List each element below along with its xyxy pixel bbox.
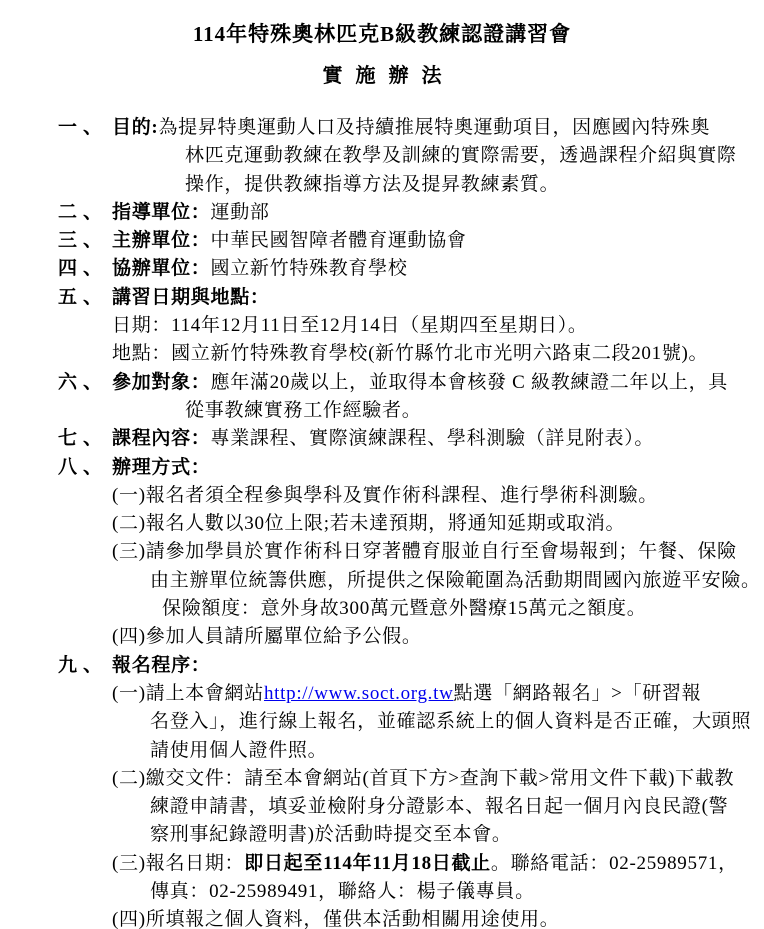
- document-lines: 一、目的:為提昇特奧運動人口及持續推展特奧運動項目，因應國內特殊奧林匹克運動教練…: [0, 114, 764, 929]
- text-segment: (二)繳交文件：請至本會網站(首頁下方>查詢下載>常用文件下載)下載教: [112, 768, 734, 789]
- text-segment: 國立新竹特殊教育學校: [211, 258, 408, 279]
- doc-line: (二)繳交文件：請至本會網站(首頁下方>查詢下載>常用文件下載)下載教: [0, 765, 764, 793]
- doc-line: 操作，提供教練指導方法及提昇教練素質。: [0, 171, 764, 199]
- text-segment: 主辦單位：: [112, 230, 211, 251]
- item-number: 五、: [58, 284, 108, 312]
- text-segment: 為提昇特奧運動人口及持續推展特奧運動項目，因應國內特殊奧: [158, 117, 710, 138]
- text-segment: 即日起至114年11月18日截止: [244, 853, 491, 874]
- item-number: 三、: [58, 227, 108, 255]
- website-link[interactable]: http://www.soct.org.tw: [264, 683, 454, 704]
- text-segment: 林匹克運動教練在教學及訓練的實際需要，透過課程介紹與實際: [185, 145, 737, 166]
- text-segment: 日期：114年12月11日至12月14日（星期四至星期日）。: [112, 315, 588, 336]
- text-segment: 參加對象：: [112, 372, 211, 393]
- doc-line: 由主辦單位統籌供應，所提供之保險範圍為活動期間國內旅遊平安險。: [0, 567, 764, 595]
- text-segment: 點選「網路報名」>「研習報: [454, 683, 702, 704]
- text-segment: 協辦單位：: [112, 258, 211, 279]
- doc-line: (一)請上本會網站http://www.soct.org.tw點選「網路報名」>…: [0, 680, 764, 708]
- item-number: 一、: [58, 114, 108, 142]
- doc-line: 請使用個人證件照。: [0, 737, 764, 765]
- text-segment: 保險額度：意外身故300萬元暨意外醫療15萬元之額度。: [162, 598, 646, 619]
- text-segment: 中華民國智障者體育運動協會: [211, 230, 467, 251]
- text-segment: 運動部: [211, 202, 270, 223]
- doc-line: (四)參加人員請所屬單位給予公假。: [0, 623, 764, 651]
- text-segment: 練證申請書，填妥並檢附身分證影本、報名日起一個月內良民證(警: [150, 796, 728, 817]
- document-page: 114年特殊奧林匹克B級教練認證講習會 實施辦法 一、目的:為提昇特奧運動人口及…: [0, 0, 764, 929]
- text-segment: 應年滿20歲以上，並取得本會核發 C 級教練證二年以上，具: [211, 372, 728, 393]
- document-title: 114年特殊奧林匹克B級教練認證講習會: [0, 0, 764, 48]
- item-number: 六、: [58, 369, 108, 397]
- doc-line: 保險額度：意外身故300萬元暨意外醫療15萬元之額度。: [0, 595, 764, 623]
- text-segment: 課程內容：: [112, 428, 211, 449]
- doc-line: (三)請參加學員於實作術科日穿著體育服並自行至會場報到；午餐、保險: [0, 538, 764, 566]
- doc-line: 一、目的:為提昇特奧運動人口及持續推展特奧運動項目，因應國內特殊奧: [0, 114, 764, 142]
- text-segment: (四)參加人員請所屬單位給予公假。: [112, 626, 422, 647]
- item-number: 七、: [58, 425, 108, 453]
- doc-line: 從事教練實務工作經驗者。: [0, 397, 764, 425]
- text-segment: 從事教練實務工作經驗者。: [185, 400, 421, 421]
- text-segment: (一)請上本會網站: [112, 683, 264, 704]
- text-segment: 專業課程、實際演練課程、學科測驗（詳見附表）。: [211, 428, 655, 449]
- doc-line: 二、指導單位：運動部: [0, 199, 764, 227]
- doc-line: 四、協辦單位：國立新竹特殊教育學校: [0, 255, 764, 283]
- text-segment: 。聯絡電話：02-25989571，: [491, 853, 738, 874]
- text-segment: 報名程序：: [112, 655, 211, 676]
- doc-line: 六、參加對象：應年滿20歲以上，並取得本會核發 C 級教練證二年以上，具: [0, 369, 764, 397]
- text-segment: 指導單位：: [112, 202, 211, 223]
- text-segment: 地點：國立新竹特殊教育學校(新竹縣竹北市光明六路東二段201號)。: [112, 343, 708, 364]
- text-segment: 辦理方式：: [112, 457, 211, 478]
- doc-line: 九、報名程序：: [0, 652, 764, 680]
- text-segment: 講習日期與地點：: [112, 287, 270, 308]
- doc-line: 五、講習日期與地點：: [0, 284, 764, 312]
- doc-line: (四)所填報之個人資料，僅供本活動相關用途使用。: [0, 906, 764, 929]
- text-segment: (一)報名者須全程參與學科及實作術科課程、進行學術科測驗。: [112, 485, 658, 506]
- text-segment: (二)報名人數以30位上限;若未達預期，將通知延期或取消。: [112, 513, 625, 534]
- document-subtitle: 實施辦法: [0, 59, 764, 88]
- doc-line: (二)報名人數以30位上限;若未達預期，將通知延期或取消。: [0, 510, 764, 538]
- doc-line: 七、課程內容：專業課程、實際演練課程、學科測驗（詳見附表）。: [0, 425, 764, 453]
- text-segment: 察刑事紀錄證明書)於活動時提交至本會。: [150, 824, 512, 845]
- doc-line: 林匹克運動教練在教學及訓練的實際需要，透過課程介紹與實際: [0, 142, 764, 170]
- text-segment: 目的:: [112, 117, 158, 138]
- text-segment: 操作，提供教練指導方法及提昇教練素質。: [185, 174, 559, 195]
- doc-line: 傳真：02-25989491，聯絡人：楊子儀專員。: [0, 878, 764, 906]
- doc-line: 練證申請書，填妥並檢附身分證影本、報名日起一個月內良民證(警: [0, 793, 764, 821]
- doc-line: 三、主辦單位：中華民國智障者體育運動協會: [0, 227, 764, 255]
- item-number: 二、: [58, 199, 108, 227]
- doc-line: 察刑事紀錄證明書)於活動時提交至本會。: [0, 821, 764, 849]
- item-number: 九、: [58, 652, 108, 680]
- doc-line: 八、辦理方式：: [0, 454, 764, 482]
- item-number: 八、: [58, 454, 108, 482]
- doc-line: (一)報名者須全程參與學科及實作術科課程、進行學術科測驗。: [0, 482, 764, 510]
- text-segment: 由主辦單位統籌供應，所提供之保險範圍為活動期間國內旅遊平安險。: [150, 570, 761, 591]
- text-segment: 請使用個人證件照。: [150, 740, 327, 761]
- doc-line: 地點：國立新竹特殊教育學校(新竹縣竹北市光明六路東二段201號)。: [0, 340, 764, 368]
- text-segment: 名登入」，進行線上報名，並確認系統上的個人資料是否正確，大頭照: [150, 711, 751, 732]
- item-number: 四、: [58, 255, 108, 283]
- text-segment: (四)所填報之個人資料，僅供本活動相關用途使用。: [112, 909, 559, 929]
- text-segment: (三)報名日期：: [112, 853, 244, 874]
- text-segment: 傳真：02-25989491，聯絡人：楊子儀專員。: [150, 881, 535, 902]
- doc-line: (三)報名日期：即日起至114年11月18日截止。聯絡電話：02-2598957…: [0, 850, 764, 878]
- text-segment: (三)請參加學員於實作術科日穿著體育服並自行至會場報到；午餐、保險: [112, 541, 737, 562]
- doc-line: 名登入」，進行線上報名，並確認系統上的個人資料是否正確，大頭照: [0, 708, 764, 736]
- doc-line: 日期：114年12月11日至12月14日（星期四至星期日）。: [0, 312, 764, 340]
